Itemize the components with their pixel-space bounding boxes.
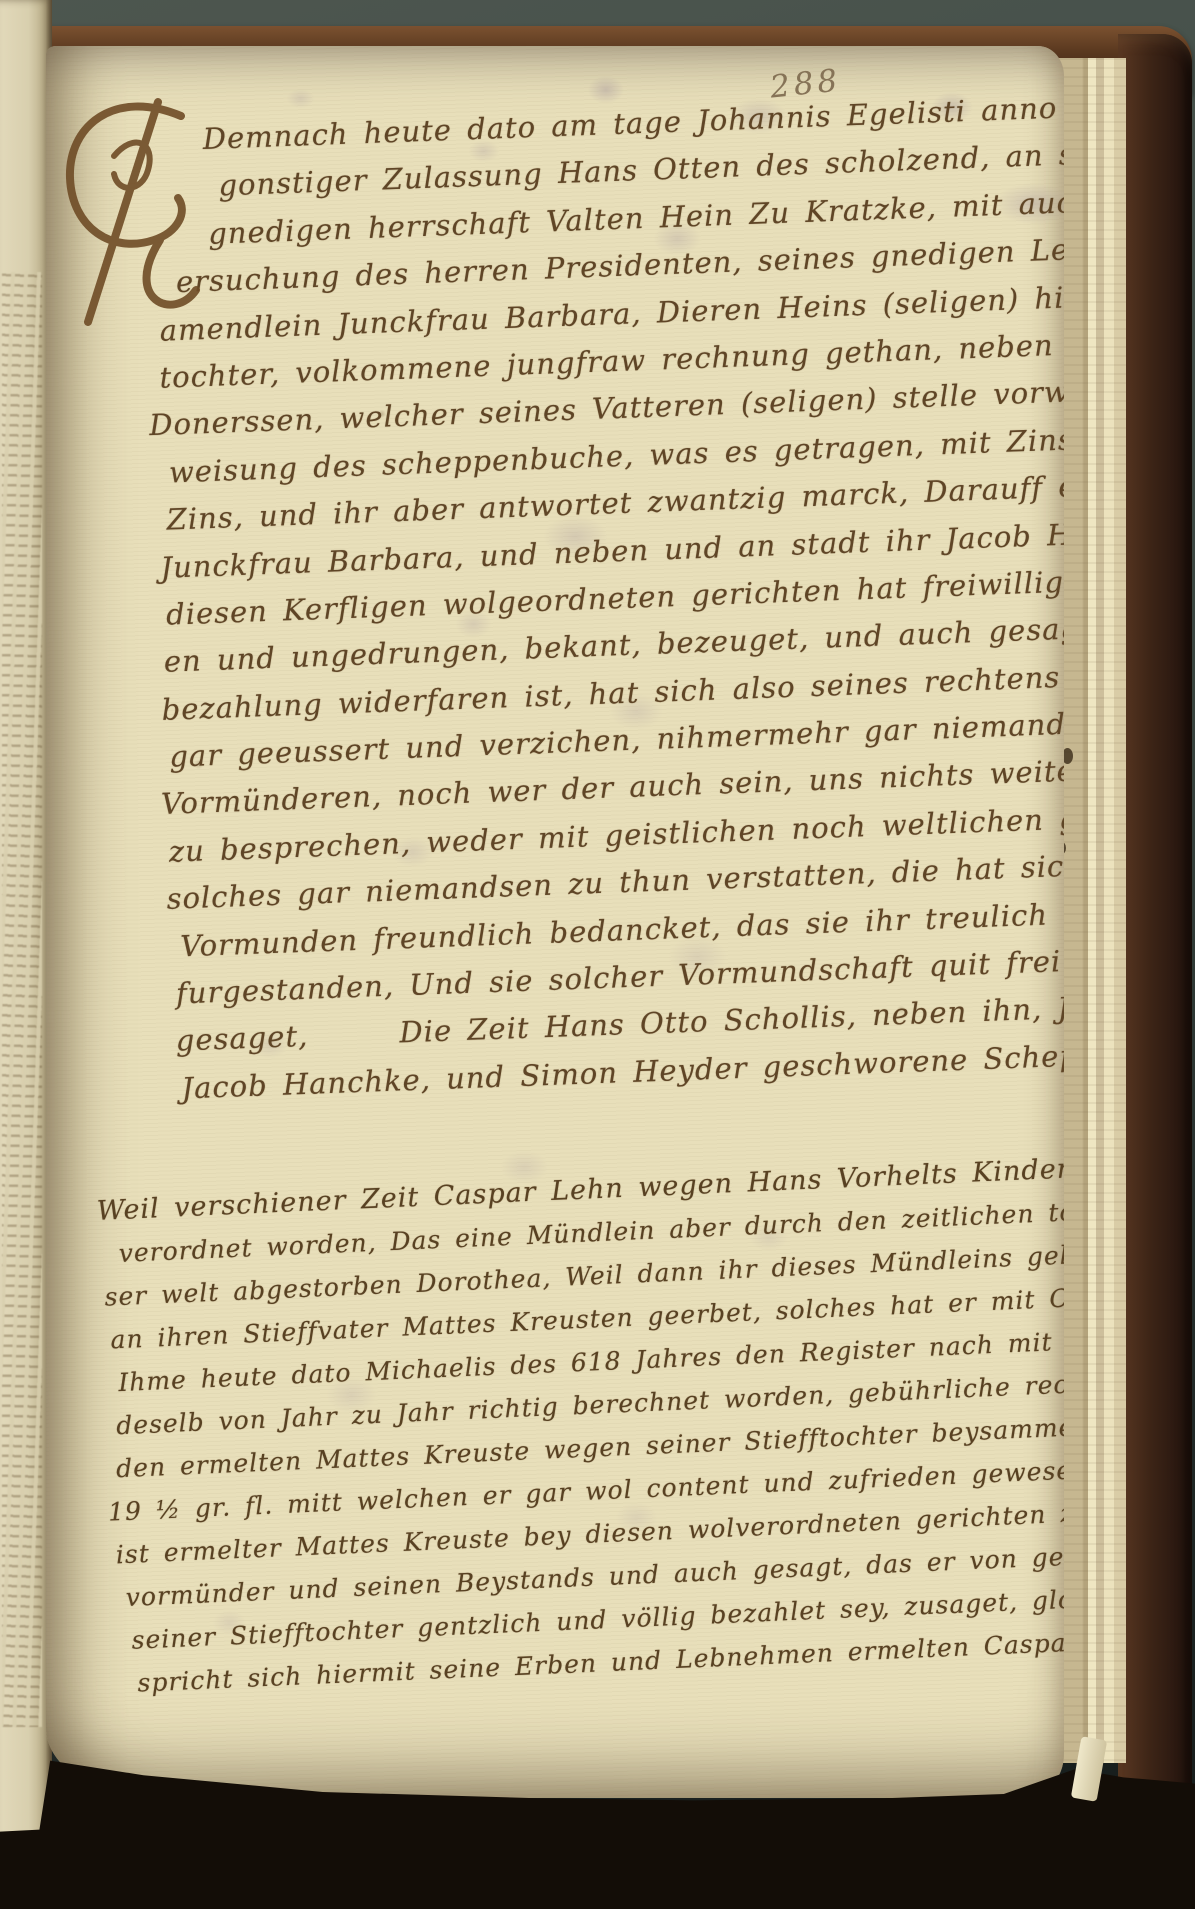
leather-cover-right-edge [1118,34,1192,1824]
verso-text-showthrough [2,272,42,1727]
court-entry-1599: Demnach heute dato am tage Johannis Egel… [94,85,1064,1115]
court-entry-1618: Weil verschiener Zeit Caspar Lehn wegen … [94,1146,1064,1705]
initial-flourish-mark [56,94,206,339]
previous-leaf-gutter [0,0,52,1852]
folio-number: 288 [768,62,843,105]
manuscript-page: 288 Demnach heute dato am tage Johannis … [46,46,1064,1798]
photographed-manuscript-scene: 288 Demnach heute dato am tage Johannis … [0,0,1195,1909]
